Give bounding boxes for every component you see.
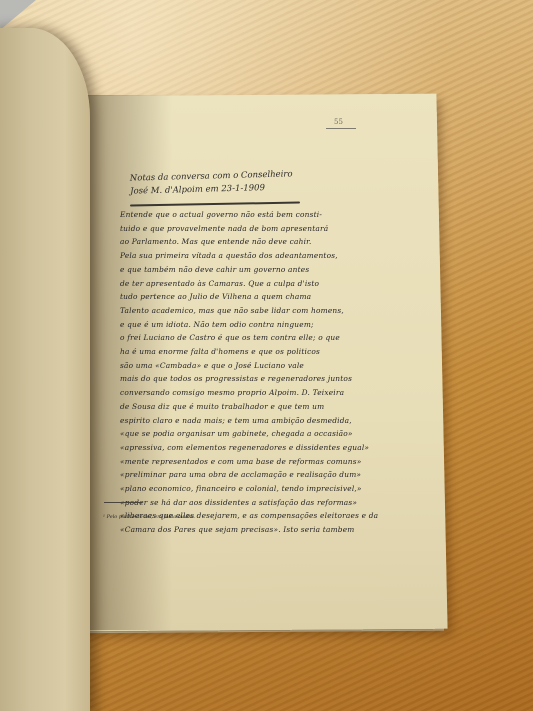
manuscript-body: Entende que o actual governo não está be… [120,208,378,537]
text-line: «mente representados e com uma base de r… [120,455,378,469]
text-line: tudo pertence ao Julio de Vilhena a quem… [120,290,378,304]
text-line: de Sousa diz que é muito trabalhador e q… [120,400,378,414]
footnote: ¹ Pelo punho do rei, em fôlha avulsa. [103,514,196,520]
text-line: mais do que todos os progressistas e reg… [120,372,378,386]
text-line: «apressiva, com elementos regeneradores … [120,441,378,455]
text-line: ha é uma enorme falta d'homens e que os … [120,345,378,359]
text-line: «poder se há dar aos dissidentes a satis… [120,496,378,510]
curled-left-page [0,28,90,711]
text-line: Pela sua primeira vítada a questão dos a… [120,249,378,263]
text-line: Talento academico, mas que não sabe lida… [120,304,378,318]
text-line: e que também não deve cahir um governo a… [120,263,378,277]
footnote-rule [104,502,142,503]
text-line: «preliminar para uma obra de acclamação … [120,468,378,482]
text-line: tuido e que provavelmente nada de bom ap… [120,222,378,236]
text-line: o frei Luciano de Castro é que os tem co… [120,331,378,345]
text-line: são uma «Cambada» e que o José Luciano v… [120,359,378,373]
text-line: Entende que o actual governo não está be… [120,208,378,222]
page-number-rule [326,128,356,129]
text-line: «que se podia organisar um gabinete, che… [120,427,378,441]
text-line: conversando comsigo mesmo proprio Alpoim… [120,386,378,400]
text-line: «Camara dos Pares que sejam precisas». I… [120,523,378,537]
text-line: e que é um idiota. Não tem odio contra n… [120,318,378,332]
text-line: ao Parlamento. Mas que entende não deve … [120,235,378,249]
manuscript-heading: Notas da conversa com o Conselheiro José… [130,167,331,198]
text-line: espirito claro e nada mais; e tem uma am… [120,414,378,428]
text-line: «plano economico, financeiro e colonial,… [120,482,378,496]
text-line: de ter apresentado às Camaras. Que a cul… [120,277,378,291]
page-number: 55 [334,118,343,126]
